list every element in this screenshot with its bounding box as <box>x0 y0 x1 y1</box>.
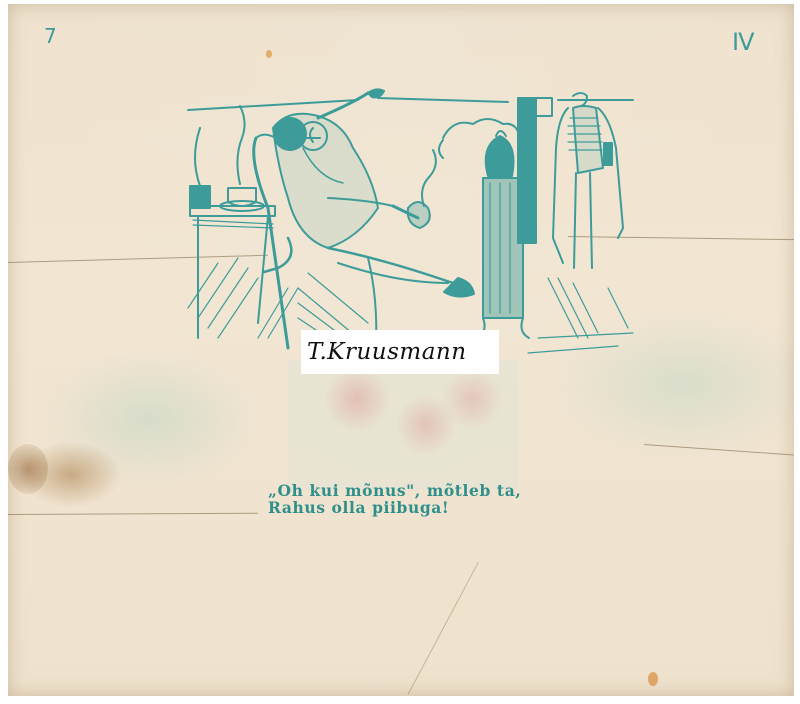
fold-crease <box>8 513 258 515</box>
section-numeral: IV <box>732 28 754 56</box>
page-number: 7 <box>44 24 57 48</box>
stain-spot <box>266 50 272 58</box>
signature-label: T.Kruusmann <box>301 330 499 374</box>
stain-spot <box>8 444 48 494</box>
stain-spot <box>648 672 658 686</box>
pipe-smoker-illustration <box>178 88 638 368</box>
caption-line-1: „Oh kui mõnus", mõtleb ta, <box>268 482 568 499</box>
fold-crease <box>644 444 794 455</box>
caption-line-2: Rahus olla piibuga! <box>268 499 568 516</box>
signature-text: T.Kruusmann <box>307 339 467 365</box>
red-stamp-residue <box>288 360 518 490</box>
fold-crease <box>408 562 479 695</box>
caption: „Oh kui mõnus", mõtleb ta, Rahus olla pi… <box>268 482 568 516</box>
